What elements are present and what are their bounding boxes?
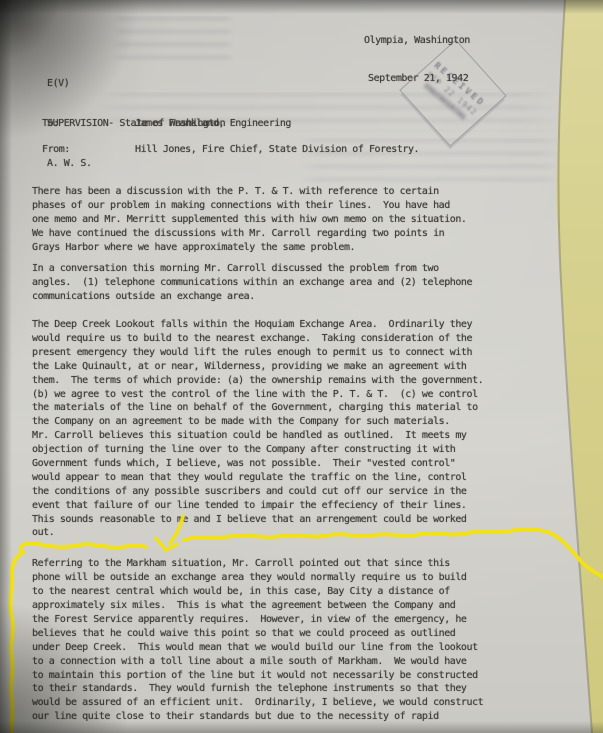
text-line: believes that he could waive this point … — [32, 627, 554, 641]
scanned-letter-page: { "page": { "dateline": ["Olympia, Washi… — [0, 0, 603, 733]
text-line: the Lake Quinault, at or near, Wildernes… — [32, 360, 554, 374]
text-line: the materials of the line on behalf of t… — [32, 401, 554, 415]
text-line: phases of our problem in making connecti… — [32, 199, 554, 213]
text-line: phone will be outside an exchange area t… — [32, 571, 554, 585]
text-line: the Company on an agreement to be made w… — [32, 415, 554, 429]
text-line: (b) we agree to vest the control of the … — [32, 388, 554, 402]
received-stamp-text: RECEIVED SEP 22 1942 ENGINEERING — [419, 61, 487, 125]
text-line: our line quite close to their standards … — [32, 710, 554, 724]
text-line: We have continued the discussions with M… — [32, 227, 554, 241]
text-line: objection of turning the line over to th… — [32, 443, 554, 457]
paragraph: The Deep Creek Lookout falls within the … — [32, 318, 554, 540]
text-line: The Deep Creek Lookout falls within the … — [32, 318, 554, 332]
text-line: would appear to mean that they would reg… — [32, 471, 554, 485]
text-line: under Deep Creek. This would mean that w… — [32, 641, 554, 655]
text-line: would be assured of an efficient unit. O… — [32, 696, 554, 710]
text-line: event that failure of our line tended to… — [32, 499, 554, 513]
text-line: present emergency they would lift the ru… — [32, 346, 554, 360]
text-line: one memo and Mr. Merritt supplemented th… — [32, 213, 554, 227]
text-line: communications outside an exchange area. — [32, 290, 554, 304]
from-value: Hill Jones, Fire Chief, State Division o… — [135, 143, 419, 157]
text-line: the Forest Service apparently requires. … — [32, 613, 554, 627]
text-line: There has been a discussion with the P. … — [32, 185, 554, 199]
text-line: would require us to build to the nearest… — [32, 332, 554, 346]
paragraph: In a conversation this morning Mr. Carro… — [32, 262, 554, 304]
text-line: to a connection with a toll line about a… — [32, 655, 554, 669]
paragraph-highlighted: Referring to the Markham situation, Mr. … — [32, 557, 554, 724]
text-line: Grays Harbor where we have approximately… — [32, 241, 554, 255]
text-line: to their standards. They would furnish t… — [32, 682, 554, 696]
text-line: out. — [32, 526, 554, 540]
text-line: to the nearest central which would be, i… — [32, 585, 554, 599]
reference-aws: A. W. S. — [47, 157, 225, 170]
text-line: them. The terms of which provide: (a) th… — [32, 374, 554, 388]
paragraphs: There has been a discussion with the P. … — [32, 185, 554, 724]
text-line: Referring to the Markham situation, Mr. … — [32, 557, 554, 571]
text-line: approximately six miles. This is what th… — [32, 599, 554, 613]
reference-code: E(V) — [47, 77, 225, 90]
to-label: To: — [42, 117, 59, 131]
text-line: Mr. Carroll believes this situation coul… — [32, 429, 554, 443]
paragraph: There has been a discussion with the P. … — [32, 185, 554, 254]
text-line: the conditions of any possible suscriber… — [32, 485, 554, 499]
text-line: In a conversation this morning Mr. Carro… — [32, 262, 554, 276]
text-line: angles. (1) telephone communications wit… — [32, 276, 554, 290]
to-value: James Frankland, Engineering — [135, 117, 291, 131]
from-label: From: — [42, 143, 70, 157]
text-line: to maintain this portion of the line but… — [32, 669, 554, 683]
text-line: Government funds which, I believe, was n… — [32, 457, 554, 471]
text-line: This sounds reasonable to me and I belie… — [32, 513, 554, 527]
letter-paper: Olympia, Washington September 21, 1942 R… — [0, 0, 603, 733]
